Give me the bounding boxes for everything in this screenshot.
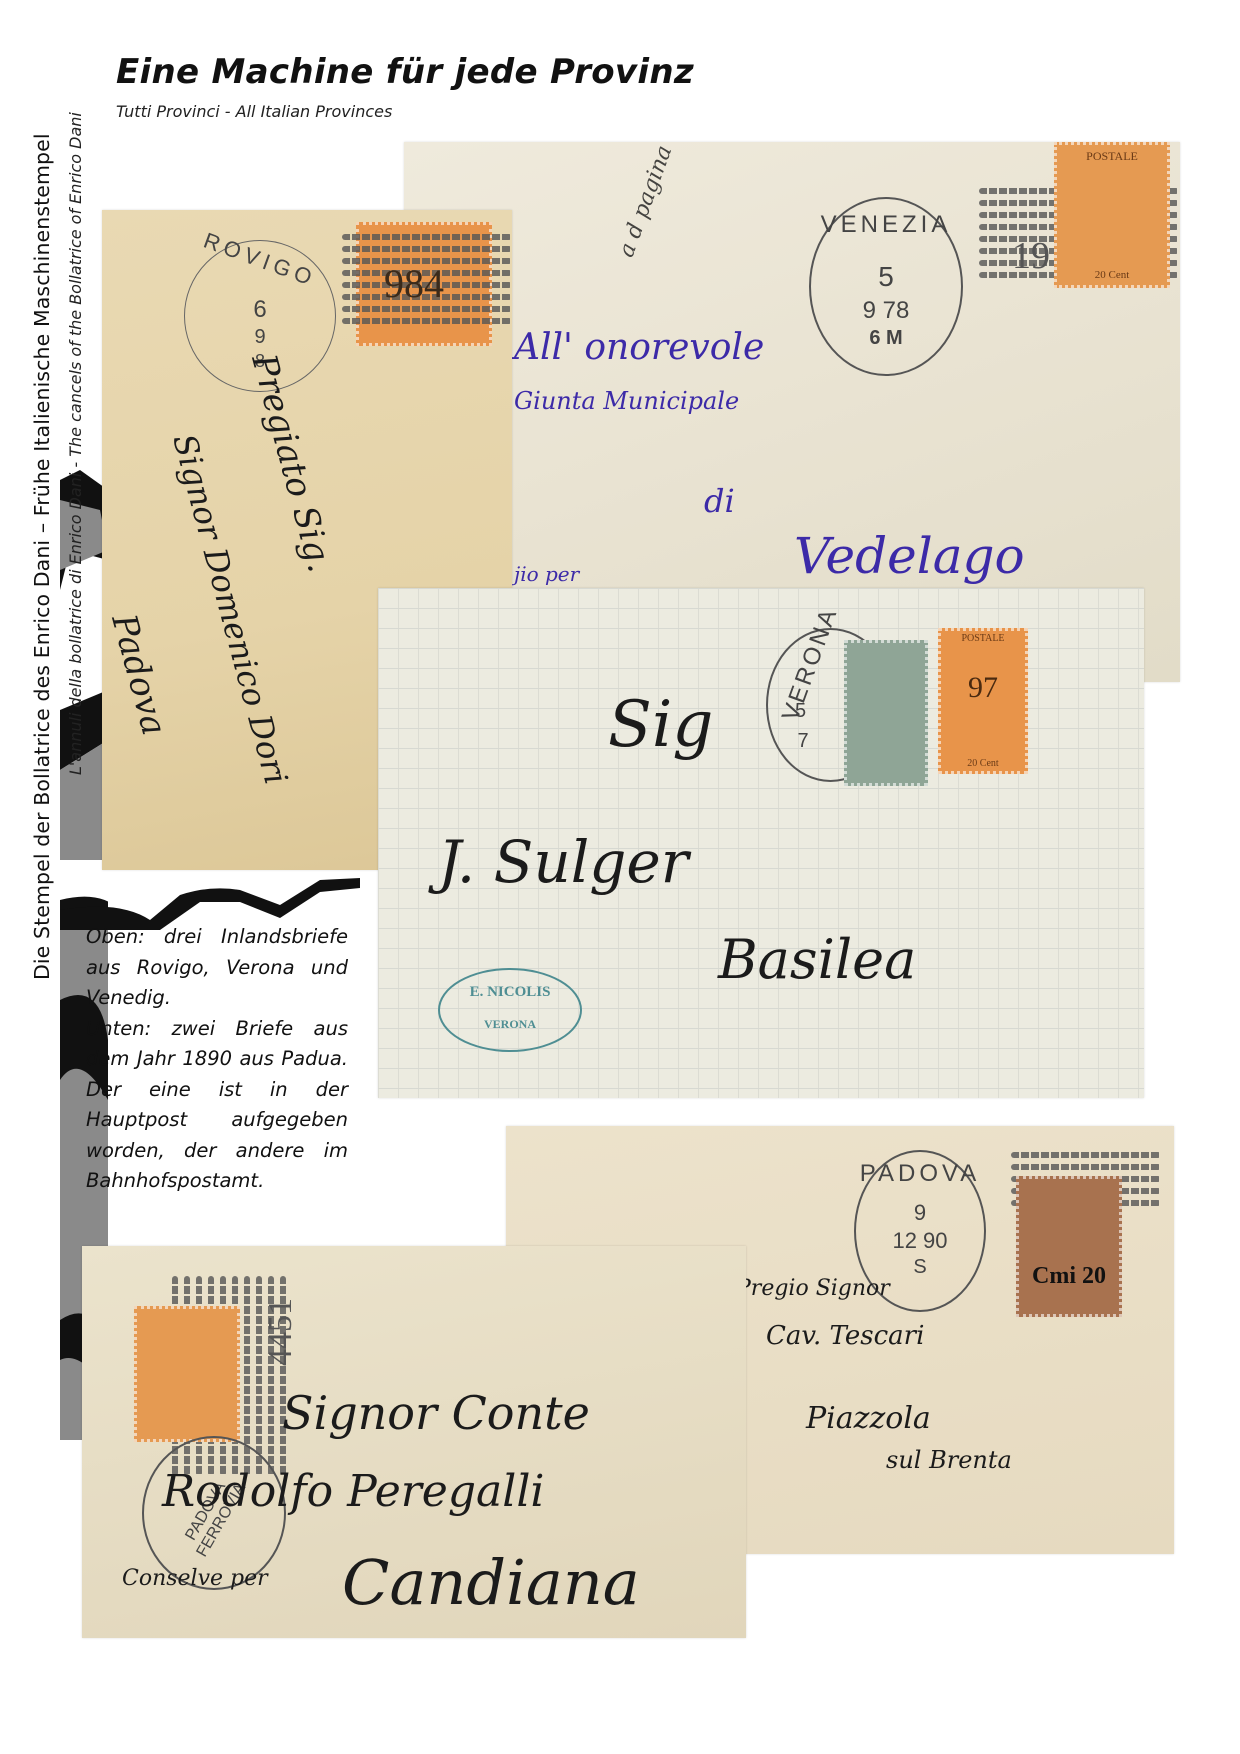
numeral-cancel-number: 984 — [384, 260, 444, 307]
address-line-3: Padova — [103, 610, 174, 739]
address-line-1: Signor Conte — [282, 1386, 590, 1440]
letter-verona: VERONA 5 7 POSTALE 97 20 Cent Sig J. Sul… — [378, 588, 1144, 1098]
address-line-2: Giunta Municipale — [514, 387, 739, 415]
page-subtitle: Tutti Provinci - All Italian Provinces — [116, 102, 392, 121]
stamp-green — [844, 640, 928, 786]
page-title: Eine Machine für jede Provinz — [116, 52, 694, 92]
stamp-20-cent-orange: POSTALE 20 Cent — [1054, 142, 1170, 288]
address-line-1: Sig — [608, 688, 713, 762]
address-line-3: Candiana — [342, 1546, 640, 1619]
stamp-20-cent-orange: POSTALE 97 20 Cent — [938, 628, 1028, 774]
address-line-2: J. Sulger — [438, 828, 688, 896]
numeral-cancel-number: 4451 — [262, 1298, 300, 1366]
numeral-cancel-number: 19 — [1012, 234, 1050, 278]
address-line-4: sul Brenta — [886, 1446, 1012, 1474]
address-line-4: Vedelago — [794, 527, 1025, 585]
decorative-wave — [60, 860, 360, 930]
caption-bottom: Unten: zwei Briefe aus dem Jahr 1890 aus… — [86, 1014, 348, 1197]
address-line-1: All' onorevole — [514, 327, 764, 368]
address-extra: jio per — [514, 562, 579, 586]
stamp-surcharged-brown: Cmi 20 — [1016, 1176, 1122, 1317]
address-line-3: Basilea — [718, 928, 916, 991]
side-title-italian-english: L'annuli della bollatrice di Enrico Dani… — [66, 112, 85, 775]
stamp-orange-umberto — [134, 1306, 240, 1442]
side-title-german: Die Stempel der Bollatrice des Enrico Da… — [30, 133, 54, 980]
address-line-1: Pregio Signor — [736, 1276, 890, 1301]
caption: Oben: drei Inlandsbriefe aus Rovigo, Ver… — [86, 922, 348, 1197]
postmark-venezia: VENEZIA 5 9 78 6 M — [809, 197, 963, 376]
address-line-2: Cav. Tescari — [766, 1321, 924, 1351]
sender-handstamp: E. NICOLIS VERONA — [438, 968, 582, 1052]
caption-top: Oben: drei Inlandsbriefe aus Rovigo, Ver… — [86, 922, 348, 1014]
address-extra: Conselve per — [122, 1566, 268, 1591]
letter-padova-bahnhof: 4451 PADOVA FERROVIA Signor Conte Rodolf… — [82, 1246, 746, 1638]
handwriting-docket: a d pagina — [614, 142, 677, 260]
address-line-3: di — [704, 482, 735, 520]
address-line-2: Rodolfo Peregalli — [162, 1466, 544, 1517]
address-line-3: Piazzola — [806, 1401, 931, 1436]
